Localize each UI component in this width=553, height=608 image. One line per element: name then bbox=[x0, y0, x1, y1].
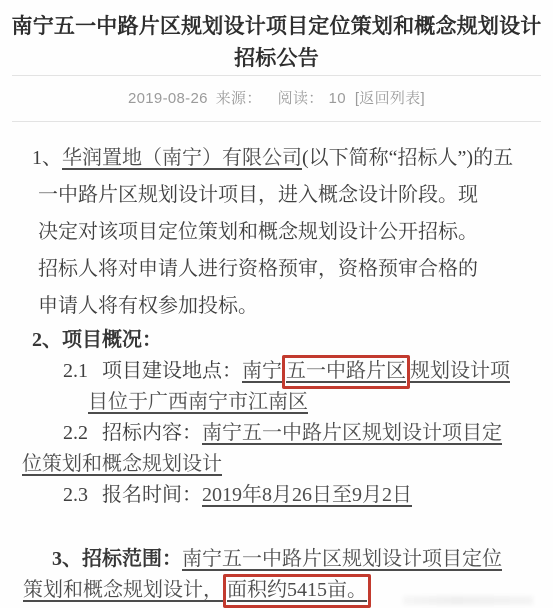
faint-watermark bbox=[403, 596, 533, 605]
item-2-1-boxed-text: 五一中路片区 bbox=[286, 360, 406, 382]
section3-line1: 3、招标范围：南宁五一中路片区规划设计项目定位 bbox=[0, 544, 553, 575]
highlight-box-area: 面积约5415亩。 bbox=[223, 574, 371, 608]
item-2-2-line2: 位策划和概念规划设计 bbox=[0, 449, 553, 480]
item-2-1-link-before-box: 南宁 bbox=[242, 360, 282, 382]
item-2-1-number: 2.1 bbox=[63, 356, 102, 387]
highlight-box-location: 五一中路片区 bbox=[282, 355, 410, 389]
section3-line2-link: 策划和概念规划设计， bbox=[23, 579, 223, 601]
section3-label: 招标范围： bbox=[82, 548, 182, 570]
item-2-2-line1-link: 南宁五一中路片区规划设计项目定 bbox=[202, 422, 502, 444]
section3-boxed-text: 面积约5415亩。 bbox=[227, 579, 367, 601]
para1-line1: 1、华润置地（南宁）有限公司(以下简称“招标人”)的五 bbox=[0, 140, 553, 177]
meta-read-count: 10 bbox=[329, 90, 346, 107]
item-2-1-line2: 目位于广西南宁市江南区 bbox=[0, 387, 553, 418]
item-2-2-number: 2.2 bbox=[63, 418, 102, 449]
item-2-3-line: 2.3报名时间：2019年8月26日至9月2日 bbox=[0, 480, 553, 511]
item-2-1-line1: 2.1项目建设地点：南宁五一中路片区规划设计项 bbox=[0, 356, 553, 387]
para1-number: 1、 bbox=[32, 147, 62, 169]
para1-line5: 申请人将有权参加投标。 bbox=[0, 288, 553, 325]
item-2-1-link-after-box: 规划设计项 bbox=[410, 360, 510, 382]
item-2-2-label: 招标内容： bbox=[102, 422, 202, 444]
back-to-list-link[interactable]: [返回列表] bbox=[355, 90, 425, 107]
para1-line4: 招标人将对申请人进行资格预审，资格预审合格的 bbox=[0, 251, 553, 288]
para1-line3: 决定对该项目定位策划和概念规划设计公开招标。 bbox=[0, 214, 553, 251]
article-body: 1、华润置地（南宁）有限公司(以下简称“招标人”)的五 一中路片区规划设计项目，… bbox=[0, 122, 553, 606]
item-2-3-label: 报名时间： bbox=[102, 484, 202, 506]
para1-line2: 一中路片区规划设计项目，进入概念设计阶段。现 bbox=[0, 177, 553, 214]
para1-line1-rest: (以下简称“招标人”)的五 bbox=[302, 147, 513, 169]
meta-source-label: 来源： bbox=[216, 90, 262, 107]
meta-date: 2019-08-26 bbox=[128, 90, 208, 107]
article-page: 南宁五一中路片区规划设计项目定位策划和概念规划设计招标公告 2019-08-26… bbox=[0, 0, 553, 608]
meta-bar: 2019-08-26来源：阅读：10[返回列表] bbox=[0, 76, 553, 121]
section3-number: 3、 bbox=[52, 548, 82, 570]
item-2-3-date-link: 2019年8月26日至9月2日 bbox=[202, 484, 412, 506]
company-name-underlined: 华润置地（南宁）有限公司 bbox=[62, 147, 302, 169]
item-2-2-line1: 2.2招标内容：南宁五一中路片区规划设计项目定 bbox=[0, 418, 553, 449]
section3-line1-link: 南宁五一中路片区规划设计项目定位 bbox=[182, 548, 502, 570]
item-2-1-label: 项目建设地点： bbox=[102, 360, 242, 382]
item-2-3-number: 2.3 bbox=[63, 480, 102, 511]
meta-read-label: 阅读： bbox=[278, 90, 324, 107]
item-2-1-line2-link: 目位于广西南宁市江南区 bbox=[88, 391, 308, 413]
page-title: 南宁五一中路片区规划设计项目定位策划和概念规划设计招标公告 bbox=[9, 0, 544, 75]
item-2-2-line2-link: 位策划和概念规划设计 bbox=[22, 453, 222, 475]
section2-heading: 2、项目概况： bbox=[0, 325, 553, 356]
